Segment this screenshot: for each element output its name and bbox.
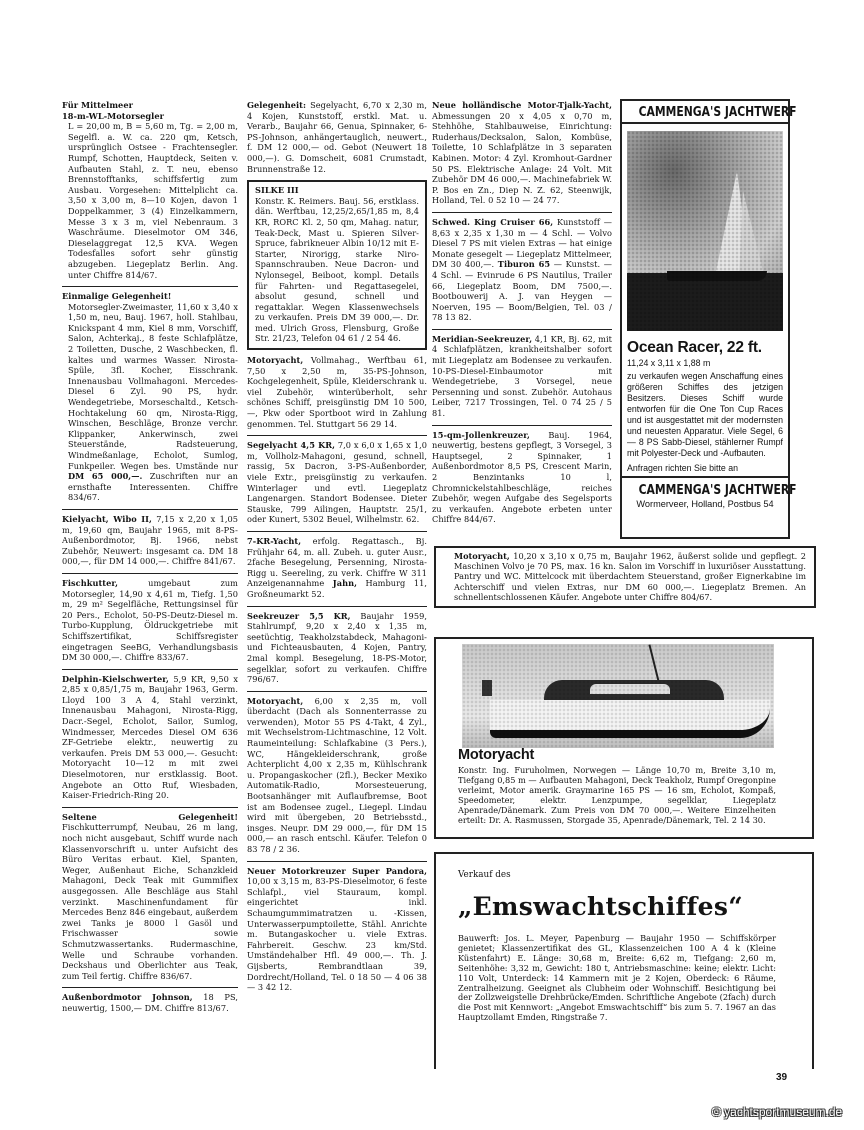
cammenga-brand-footer: CAMMENGA'S JACHTWERF	[639, 482, 772, 498]
divider	[62, 987, 238, 988]
divider	[62, 573, 238, 574]
cammenga-brand: CAMMENGA'S JACHTWERF	[639, 104, 772, 120]
column-1: Für Mittelmeer 18-m-WL-Motorsegler L = 2…	[62, 100, 238, 1017]
ad-lead: Motoryacht,	[247, 696, 303, 706]
divider	[62, 509, 238, 510]
ad-body: Motorsegler-Zweimaster, 11,60 x 3,40 x 1…	[62, 302, 238, 503]
divider	[62, 669, 238, 670]
ad-text: Motorsegler-Zweimaster, 11,60 x 3,40 x 1…	[68, 302, 238, 471]
ad-lead: Schwed. King Cruiser 66,	[432, 217, 553, 227]
cammenga-inquiry: Anfragen richten Sie bitte an	[627, 463, 783, 473]
ad-mittelmeer-motorsegler: Für Mittelmeer 18-m-WL-Motorsegler L = 2…	[62, 100, 238, 283]
ad-title: Motoryacht	[458, 747, 534, 763]
ad-motoryacht-vollmahag: Motoryacht, Vollmahag., Werftbau 61, 7,5…	[247, 355, 427, 432]
cammenga-footer: CAMMENGA'S JACHTWERF Wormerveer, Holland…	[622, 476, 788, 509]
ad-body: Konstr. Ing. Furuholmen, Norwegen — Läng…	[458, 766, 776, 825]
cammenga-address: Wormerveer, Holland, Postbus 54	[622, 499, 788, 509]
sail-shape	[739, 191, 765, 279]
ad-lead: Seltene Gelegenheit!	[62, 812, 238, 822]
ad-emswachtschiff: Verkauf des „Emswachtschiffes“ Bauwerft:…	[434, 852, 814, 1069]
ad-einmalige-gelegenheit: Einmalige Gelegenheit! Motorsegler-Zweim…	[62, 291, 238, 506]
ad-body: 4,1 KR, Bj. 62, mit 4 Schlafplätzen, kra…	[432, 334, 612, 418]
ad-body: 10,00 x 3,15 m, 83-PS-Dieselmotor, 6 fes…	[247, 876, 427, 992]
ad-lead: Delphin-Kielschwerter,	[62, 674, 169, 684]
ad-lead: Fischkutter,	[62, 578, 118, 588]
ad-body: Abmessungen 20 x 4,05 x 0,70 m, Stehhöhe…	[432, 111, 612, 206]
ad-title: Einmalige Gelegenheit!	[62, 291, 238, 302]
divider	[62, 286, 238, 287]
ad-body: Fischkutterrumpf, Neubau, 26 m lang, noc…	[62, 822, 238, 980]
ad-kielyacht-wibo: Kielyacht, Wibo II, 7,15 x 2,20 x 1,05 m…	[62, 514, 238, 570]
sea-shape	[627, 273, 783, 331]
ad-bold-tail: Jahn,	[333, 578, 357, 588]
window-shape	[590, 684, 670, 694]
cabin-shape	[544, 680, 724, 704]
ad-lead: Gelegenheit:	[247, 100, 306, 110]
page-number: 39	[776, 1072, 787, 1083]
ad-lead: 15-qm-Jollenkreuzer,	[432, 430, 530, 440]
sail-shape	[715, 171, 751, 276]
ad-motor-tjalk-yacht: Neue holländische Motor-Tjalk-Yacht, Abm…	[432, 100, 612, 209]
divider	[432, 329, 612, 330]
divider	[247, 606, 427, 607]
ad-super-pandora: Neuer Motorkreuzer Super Pandora, 10,00 …	[247, 866, 427, 996]
ad-title: Für Mittelmeer	[62, 100, 238, 111]
ad-silke-iii: SILKE III Konstr. K. Reimers. Bauj. 56, …	[247, 180, 427, 350]
ad-lead: Neuer Motorkreuzer Super Pandora,	[247, 866, 427, 876]
divider	[432, 212, 612, 213]
ad-seltene-gelegenheit: Seltene Gelegenheit! Fischkutterrumpf, N…	[62, 812, 238, 985]
ad-lead: Motoryacht,	[247, 355, 303, 365]
ad-seekreuzer-55kr: Seekreuzer 5,5 KR, Baujahr 1959, Stahlru…	[247, 611, 427, 688]
ad-jollenkreuzer: 15-qm-Jollenkreuzer, Bauj. 1964, neuwert…	[432, 430, 612, 528]
divider	[432, 425, 612, 426]
ad-meridian-seekreuzer: Meridian-Seekreuzer, 4,1 KR, Bj. 62, mit…	[432, 334, 612, 422]
ad-lead: Außenbordmotor Johnson,	[62, 992, 193, 1002]
ad-lead: Meridian-Seekreuzer,	[432, 334, 532, 344]
cammenga-model: Ocean Racer, 22 ft.	[627, 339, 783, 357]
ad-motoryacht-1020: Motoryacht, 10,20 x 3,10 x 0,75 m, Bauja…	[434, 546, 816, 608]
sailing-yacht-photo	[627, 131, 783, 331]
ad-body: Baujahr 1959, Stahlrumpf, 9,20 x 2,40 x …	[247, 611, 427, 685]
ad-7kr-yacht: 7-KR-Yacht, erfolg. Regattasch., Bj. Frü…	[247, 536, 427, 603]
flag-shape	[482, 680, 492, 696]
motor-yacht-photo	[462, 644, 774, 748]
ad-fischkutter: Fischkutter, umgebaut zum Motorsegler, 1…	[62, 578, 238, 666]
ad-body: Bauwerft: Jos. L. Meyer, Papenburg — Bau…	[458, 934, 776, 1023]
ad-lead: Kielyacht, Wibo II,	[62, 514, 152, 524]
ad-body: Vollmahag., Werftbau 61, 7,50 x 2,50 m, …	[247, 355, 427, 429]
cammenga-ad: CAMMENGA'S JACHTWERF Ocean Racer, 22 ft.…	[620, 99, 790, 539]
ad-lead: 7-KR-Yacht,	[247, 536, 301, 546]
ad-lead: Segelyacht 4,5 KR,	[247, 440, 335, 450]
hull-shape	[490, 700, 770, 738]
divider	[247, 435, 427, 436]
ad-segelyacht-45kr: Segelyacht 4,5 KR, 7,0 x 6,0 x 1,65 x 1,…	[247, 440, 427, 528]
ad-motoryacht-photo: Motoryacht Konstr. Ing. Furuholmen, Norw…	[434, 637, 814, 839]
ad-title: „Emswachtschiffes“	[458, 892, 743, 921]
ad-lead: Neue holländische Motor-Tjalk-Yacht,	[432, 100, 612, 110]
ad-price: DM 65 000,—.	[68, 471, 142, 481]
ad-lead: Seekreuzer 5,5 KR,	[247, 611, 351, 621]
ad-body: 5,9 KR, 9,50 x 2,85 x 0,85/1,75 m, Bauja…	[62, 674, 238, 801]
ad-title: SILKE III	[255, 185, 419, 196]
ad-motoryacht-600: Motoryacht, 6,00 x 2,35 m, voll überdach…	[247, 696, 427, 858]
ad-pretitle: Verkauf des	[458, 870, 511, 880]
ad-body: Konstr. K. Reimers. Bauj. 56, erstklass.…	[255, 196, 419, 344]
divider	[62, 807, 238, 808]
ad-lead: Motoryacht,	[454, 551, 510, 561]
ad-king-cruiser: Schwed. King Cruiser 66, Kunststoff — 8,…	[432, 217, 612, 326]
watermark: © yachtsportmuseum.de	[712, 1105, 842, 1119]
cammenga-description: zu verkaufen wegen Anschaffung eines grö…	[627, 371, 783, 459]
ad-bold-tail: Tiburon 65	[498, 259, 550, 269]
ad-body: 6,00 x 2,35 m, voll überdacht (Dach als …	[247, 696, 427, 854]
column-3: Neue holländische Motor-Tjalk-Yacht, Abm…	[432, 100, 612, 528]
cammenga-header: CAMMENGA'S JACHTWERF	[622, 101, 788, 124]
divider	[247, 861, 427, 862]
ad-delphin-kielschwerter: Delphin-Kielschwerter, 5,9 KR, 9,50 x 2,…	[62, 674, 238, 804]
divider	[247, 531, 427, 532]
column-2: Gelegenheit: Segelyacht, 6,70 x 2,30 m, …	[247, 100, 427, 996]
ad-body: umgebaut zum Motorsegler, 14,90 x 4,61 m…	[62, 578, 238, 662]
hull-shape	[667, 271, 767, 281]
ad-body: L = 20,00 m, B = 5,60 m, Tg. = 2,00 m, S…	[62, 121, 238, 280]
ad-body: Segelyacht, 6,70 x 2,30 m, 4 Kojen, Kuns…	[247, 100, 427, 174]
ad-body: 7,0 x 6,0 x 1,65 x 1,0 m, Vollholz-Mahag…	[247, 440, 427, 524]
mast-shape	[648, 644, 661, 689]
cammenga-dimensions: 11,24 x 3,11 x 1,88 m	[627, 358, 783, 368]
ad-subtitle: 18-m-WL-Motorsegler	[62, 111, 238, 122]
ad-aussenbordmotor-johnson: Außenbordmotor Johnson, 18 PS, neuwertig…	[62, 992, 238, 1016]
divider	[247, 691, 427, 692]
ad-gelegenheit-segelyacht: Gelegenheit: Segelyacht, 6,70 x 2,30 m, …	[247, 100, 427, 177]
ad-body: Bauj. 1964, neuwertig, bestens gepflegt,…	[432, 430, 612, 525]
